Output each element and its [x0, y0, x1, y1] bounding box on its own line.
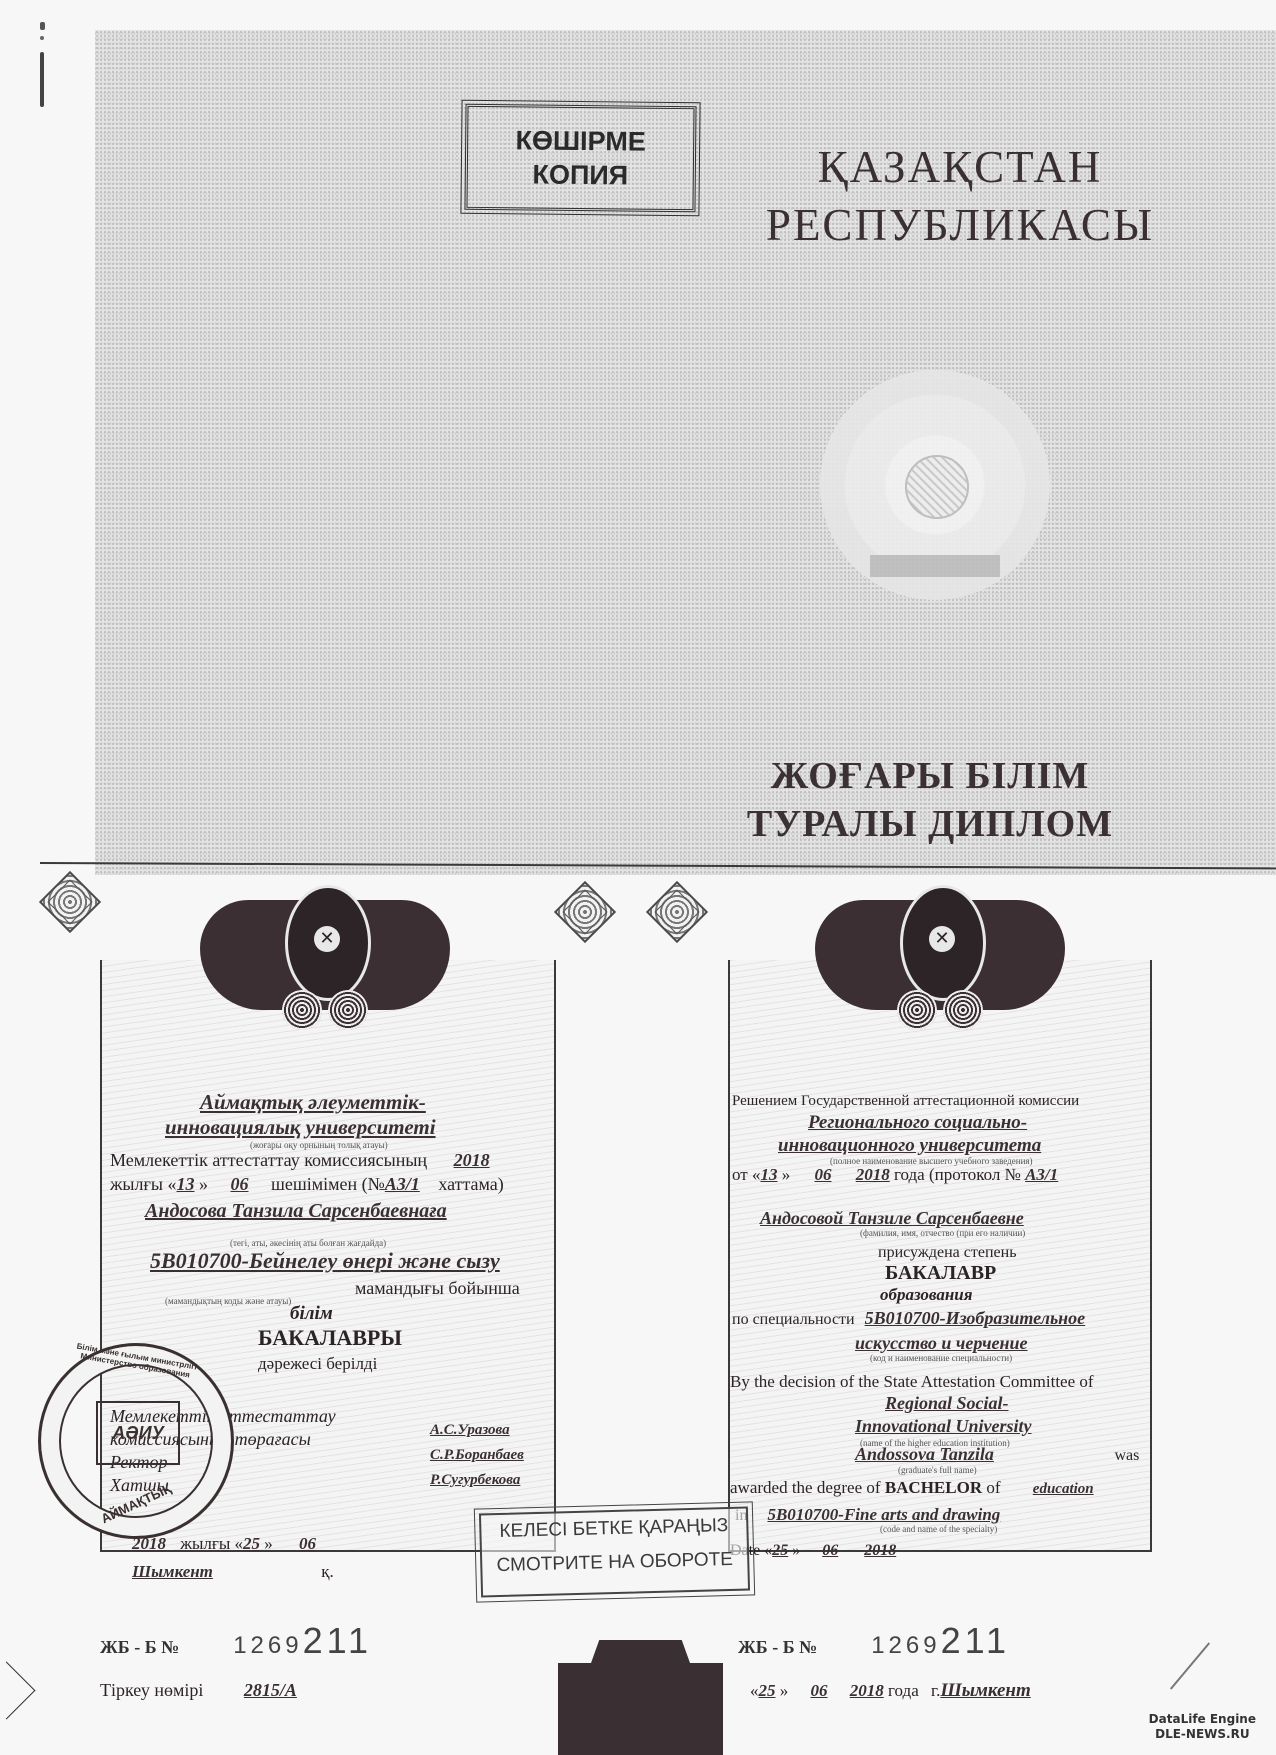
footer-day: 25 — [759, 1681, 776, 1700]
page-corner-chevron-icon — [0, 1662, 35, 1720]
margin-mark — [40, 52, 44, 107]
kz-decision-month: 06 — [231, 1174, 249, 1194]
watermark-line-2: DLE-NEWS.RU — [1149, 1727, 1256, 1742]
ru-university-line-2: инновационного университета — [778, 1135, 1041, 1157]
footer-month: 06 — [811, 1681, 828, 1700]
kz-issue-month: 06 — [299, 1534, 316, 1553]
kz-serial-number-big: 211 — [303, 1620, 372, 1661]
ru-name-caption: (фамилия, имя, отчество (при его наличии… — [860, 1228, 1025, 1238]
kz-serial-number: 1269 — [233, 1632, 302, 1659]
kz-serial-label: ЖБ - Б № — [100, 1637, 179, 1657]
state-emblem-icon — [820, 370, 1050, 600]
en-graduate-name: Andossova Tanzila — [855, 1444, 1110, 1465]
kz-graduate-name: Андосова Танзила Сарсенбаевнаға — [145, 1200, 447, 1223]
crest-ornament-icon — [775, 880, 1105, 1030]
kz-university-line-1: Аймақтық әлеуметтік- — [200, 1090, 426, 1115]
diploma-title-line-2: ТУРАЛЫ ДИПЛОМ — [700, 800, 1160, 848]
kz-issue-year-suffix: жылғы « — [180, 1534, 243, 1553]
en-university-line-2: Innovational University — [855, 1416, 1032, 1437]
ornament-diamond-icon — [554, 881, 616, 943]
kz-decision-text: шешімімен (№ — [271, 1174, 385, 1194]
en-degree: BACHELOR — [885, 1478, 982, 1497]
ornament-diamond-icon — [646, 881, 708, 943]
watermark-line-1: DataLife Engine — [1149, 1712, 1256, 1727]
en-serial-number: 1269 — [871, 1632, 940, 1659]
ru-specialty-line-1: 5В010700-Изобразительное — [865, 1308, 1086, 1328]
kz-commission-line: Мемлекеттік аттестаттау комиссиясының — [110, 1150, 427, 1170]
kz-issue-day: 25 — [243, 1534, 260, 1553]
kz-specialty-suffix: мамандығы бойынша — [355, 1278, 520, 1299]
ru-specialty-caption: (код и наименование специальности) — [870, 1353, 1012, 1363]
copy-stamp-kz: КӨШІРМЕ — [515, 123, 646, 158]
kz-issue-year: 2018 — [132, 1534, 166, 1553]
diploma-title-line-1: ЖОҒАРЫ БІЛІМ — [700, 752, 1160, 800]
ru-month: 06 — [814, 1165, 831, 1184]
en-university-line-1: Regional Social- — [885, 1393, 1009, 1414]
site-watermark: DataLife Engine DLE-NEWS.RU — [1149, 1712, 1256, 1742]
ru-year: 2018 — [856, 1165, 890, 1184]
ru-specialty-line-2: искусство и черчение — [855, 1333, 1028, 1354]
ru-field: образования — [880, 1285, 973, 1305]
diploma-title: ЖОҒАРЫ БІЛІМ ТУРАЛЫ ДИПЛОМ — [700, 752, 1160, 848]
en-decision-line: By the decision of the State Attestation… — [730, 1372, 1094, 1392]
shanyrak-icon — [905, 455, 969, 519]
kz-university-line-2: инновациялық университеті — [165, 1115, 436, 1140]
en-serial-number-big: 211 — [941, 1620, 1010, 1661]
kz-decision-prefix: жылғы « — [110, 1174, 177, 1194]
seal-logo: АӘИУ — [96, 1401, 180, 1465]
ornament-diamond-icon — [39, 871, 101, 933]
crest-ornament-icon — [160, 880, 490, 1030]
kz-protocol-no: А3/1 — [385, 1174, 420, 1194]
kz-field: білім — [290, 1303, 333, 1325]
ru-day: 13 — [760, 1165, 777, 1184]
copy-stamp-ru: КОПИЯ — [532, 157, 628, 192]
ru-graduate-name: Андосовой Танзиле Сарсенбаевне — [760, 1208, 1024, 1229]
kz-reg-label: Тіркеу нөмірі — [100, 1680, 203, 1700]
en-degree-of: of — [986, 1478, 1000, 1497]
signatory-2: С.Р.Боранбаев — [430, 1443, 524, 1468]
center-arch-ornament-icon — [558, 1640, 723, 1755]
university-seal: Білім және ғылым министрлігі Министерств… — [38, 1343, 234, 1539]
signatory-3: Р.Сугурбекова — [430, 1468, 524, 1493]
margin-mark — [40, 22, 45, 30]
copy-stamp: КӨШІРМЕ КОПИЯ — [464, 104, 696, 212]
kz-awarded: дәрежесі берілді — [258, 1354, 377, 1374]
en-name-caption: (graduate's full name) — [898, 1465, 977, 1475]
en-month: 06 — [822, 1542, 838, 1559]
kz-reg-number: 2815/А — [244, 1680, 297, 1700]
en-specialty: 5B010700-Fine arts and drawing — [767, 1505, 1000, 1524]
ru-protocol-text: года (протокол № — [894, 1165, 1021, 1184]
kz-city-suffix: қ. — [321, 1562, 334, 1581]
kz-degree: БАКАЛАВРЫ — [258, 1325, 402, 1351]
see-reverse-stamp: КЕЛЕСІ БЕТКЕ ҚАРАҢЫЗ СМОТРИТЕ НА ОБОРОТЕ — [479, 1506, 750, 1597]
footer-city-prefix: г. — [931, 1681, 940, 1700]
en-awarded-prefix: awarded the degree of — [730, 1478, 881, 1497]
footer-year: 2018 — [850, 1681, 884, 1700]
kz-specialty-caption: (мамандықтың коды және атауы) — [165, 1296, 291, 1306]
see-reverse-ru: СМОТРИТЕ НА ОБОРОТЕ — [482, 1543, 748, 1584]
kz-name-caption: (тегі, аты, әкесінің аты болған жағдайда… — [230, 1238, 386, 1248]
en-serial-label: ЖБ - Б № — [738, 1637, 817, 1657]
ru-awarded: присуждена степень — [878, 1244, 1016, 1262]
kz-signatories: А.С.Уразова С.Р.Боранбаев Р.Сугурбекова — [430, 1418, 524, 1493]
seal-bottom-text: АЙМАҚТЫҚ — [83, 1473, 189, 1533]
en-year: 2018 — [864, 1542, 896, 1559]
footer-city: Шымкент — [940, 1680, 1030, 1701]
margin-mark — [40, 36, 44, 40]
footer-year-word: года — [888, 1681, 919, 1700]
ru-date-prefix: от « — [732, 1165, 760, 1184]
ru-decision-line: Решением Государственной аттестационной … — [732, 1093, 1079, 1110]
page-corner-line — [1170, 1642, 1210, 1689]
en-field: education — [1033, 1481, 1094, 1497]
emblem-ribbon — [870, 555, 1000, 577]
kz-university-caption: (жоғары оқу орнының толық атауы) — [250, 1140, 388, 1150]
country-line-2: РЕСПУБЛИКАСЫ — [755, 196, 1165, 254]
ru-university-line-1: Регионального социально- — [808, 1112, 1027, 1134]
en-day: 25 — [772, 1542, 788, 1559]
kz-specialty: 5В010700-Бейнелеу өнері және сызу — [150, 1248, 500, 1274]
country-line-1: ҚАЗАҚСТАН — [755, 138, 1165, 196]
kz-protocol-suffix: хаттама) — [438, 1174, 503, 1194]
ru-specialty-prefix: по специальности — [732, 1311, 855, 1328]
country-name: ҚАЗАҚСТАН РЕСПУБЛИКАСЫ — [755, 138, 1165, 254]
kz-issue-city: Шымкент — [132, 1562, 287, 1582]
ru-degree: БАКАЛАВР — [885, 1262, 996, 1285]
kz-commission-year: 2018 — [454, 1150, 490, 1170]
kz-decision-day: 13 — [177, 1174, 195, 1194]
ru-protocol-no: А3/1 — [1025, 1165, 1058, 1184]
en-specialty-caption: (code and name of the specialty) — [880, 1524, 997, 1534]
en-name-suffix: was — [1115, 1447, 1140, 1464]
signatory-1: А.С.Уразова — [430, 1418, 524, 1443]
